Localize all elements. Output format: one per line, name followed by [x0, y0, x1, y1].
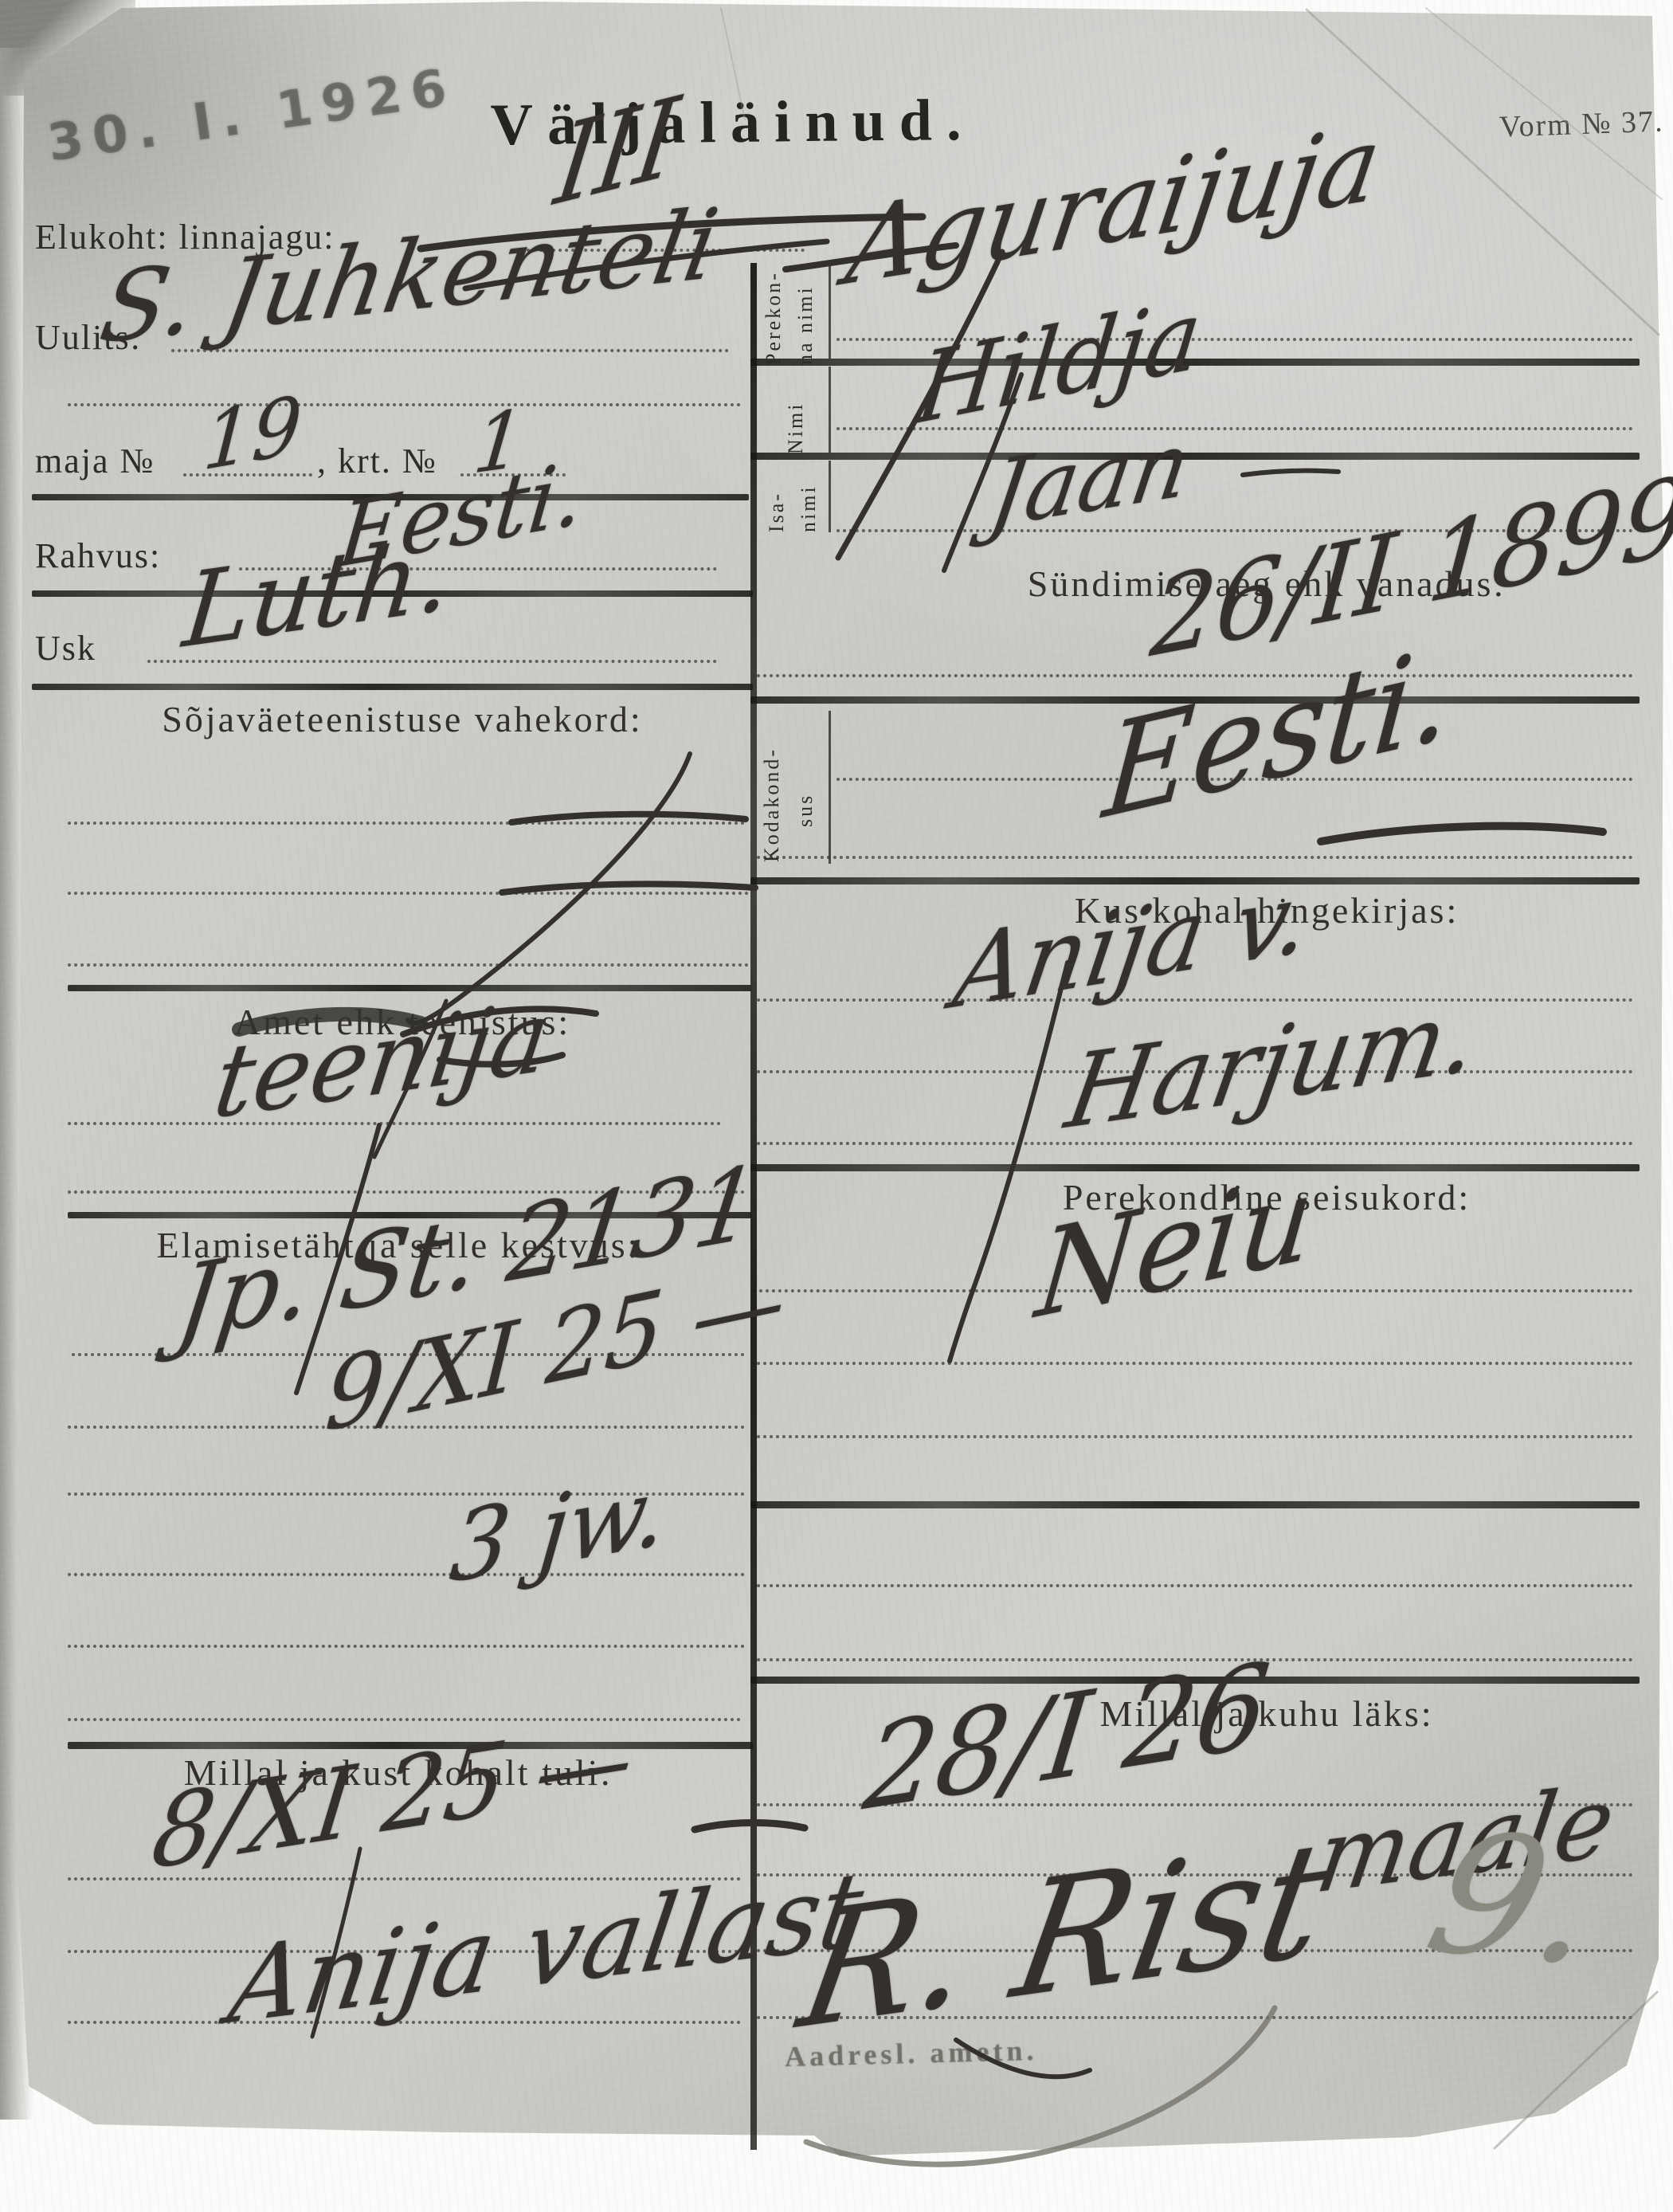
elamisetaht-line4 — [68, 1573, 745, 1576]
sojavae-line1 — [68, 822, 745, 825]
rule-left-3 — [32, 684, 753, 690]
sojavae-line2 — [68, 892, 749, 895]
seisukord-line2 — [757, 1362, 1633, 1365]
maja-value: 19 — [201, 386, 304, 483]
nimi-rule — [829, 367, 831, 453]
rule-right-5 — [750, 1164, 1640, 1171]
sojavae-line3 — [68, 963, 749, 967]
uulits-line2 — [68, 403, 741, 406]
blank-line1 — [757, 1584, 1633, 1587]
kodakondsus-rule — [829, 711, 831, 864]
elamisetaht-line6 — [68, 1718, 741, 1721]
amet-line1 — [68, 1122, 721, 1125]
rule-left-4 — [68, 985, 751, 991]
sojavae-heading: Sõjaväeteenistuse vahekord: — [72, 698, 733, 740]
isanimi-label-line2: nimi — [797, 464, 821, 532]
perekonnanimi-rule — [829, 266, 831, 359]
kodakondsus-label-line1: Kodakond- — [760, 712, 784, 862]
perekonnanimi-label-line1: Perekon- — [762, 237, 786, 365]
rule-right-2 — [750, 453, 1640, 460]
sundimise-line — [757, 674, 1633, 677]
rahvus-label: Rahvus: — [35, 535, 161, 576]
usk-label: Usk — [35, 628, 96, 669]
rule-right-6 — [750, 1501, 1640, 1508]
seisukord-line3 — [757, 1435, 1633, 1438]
hingekirjas-line3 — [757, 1142, 1633, 1145]
scanned-form-page: 30. I. 1926 Väljaläinud. Vorm № 37. Eluk… — [0, 0, 1673, 2212]
hingekirjas-line1 — [757, 998, 1633, 1002]
form-number: Vorm № 37. — [1499, 104, 1664, 144]
page-title: Väljaläinud. — [414, 86, 1052, 160]
isanimi-rule — [829, 461, 831, 532]
nimi-label: Nimi — [784, 371, 808, 454]
kodakondsus-label-line2: sus — [793, 747, 817, 827]
uulits-line1 — [171, 349, 729, 352]
elamisetaht-line5 — [68, 1645, 745, 1648]
kodakondsus-line2 — [757, 856, 1633, 859]
perekonnanimi-label-line2: na nimi — [793, 245, 817, 365]
isanimi-label-line1: Isa- — [765, 464, 789, 532]
maja-label: maja № — [35, 441, 155, 481]
